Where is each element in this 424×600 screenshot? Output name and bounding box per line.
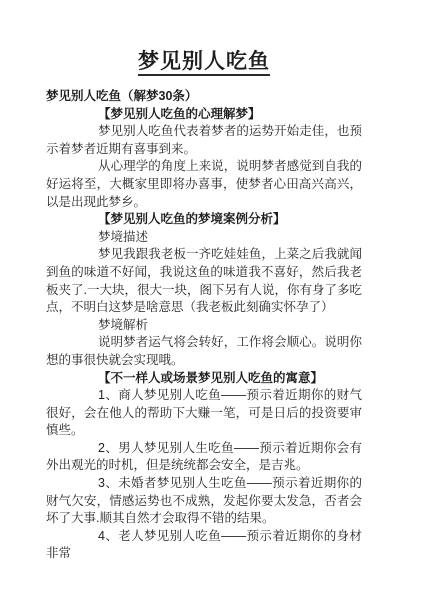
subheading-dream-description: 梦境描述 (46, 229, 362, 247)
section-heading-meanings: 【不一样人或场景梦见别人吃鱼的寓意】 (46, 370, 362, 388)
paragraph: 从心理学的角度上来说，说明梦者感觉到自我的好运将至，大概家里即将办喜事，使梦者心… (46, 158, 362, 211)
list-item: 2、男人梦见别人生吃鱼——预示着近期你会有外出观光的时机，但是统统都会安全，是吉… (46, 440, 362, 475)
subheading-dream-interpretation: 梦境解析 (46, 317, 362, 335)
list-item: 4、老人梦见别人吃鱼——预示着近期你的身材非常 (46, 528, 362, 563)
list-item: 1、商人梦见别人吃鱼——预示着近期你的财气很好，会在他人的帮助下大赚一笔，可是日… (46, 387, 362, 440)
document-page: 梦见别人吃鱼 梦见别人吃鱼（解梦30条） 【梦见别人吃鱼的心理解梦】 梦见别人吃… (0, 0, 424, 600)
page-title: 梦见别人吃鱼 (46, 48, 362, 75)
section-heading-case-analysis: 【梦见别人吃鱼的梦境案例分析】 (46, 211, 362, 229)
list-item: 3、未婚者梦见别人生吃鱼——预示着近期你的财气欠安，情感运势也不成熟，发起你要太… (46, 475, 362, 528)
paragraph: 说明梦者运气将会转好，工作将会顺心。说明你想的事很快就会实现哦。 (46, 334, 362, 369)
lead-line: 梦见别人吃鱼（解梦30条） (46, 88, 362, 106)
section-heading-psychology: 【梦见别人吃鱼的心理解梦】 (46, 106, 362, 124)
paragraph: 梦见别人吃鱼代表着梦者的运势开始走佳，也预示着梦者近期有喜事到来。 (46, 123, 362, 158)
page-title-text: 梦见别人吃鱼 (138, 50, 270, 76)
paragraph: 梦见我跟我老板一齐吃娃娃鱼，上菜之后我就闻到鱼的味道不好闻，我说这鱼的味道我不喜… (46, 246, 362, 316)
